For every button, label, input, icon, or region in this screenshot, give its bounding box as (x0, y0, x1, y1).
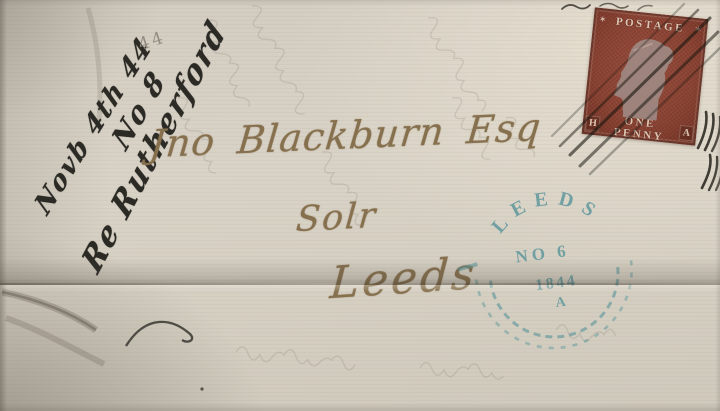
address-occupation: Solr (294, 196, 378, 240)
fold-shadow (0, 258, 720, 283)
letter-cover-photo: Novb 4th 44 Re Rutherford No 8 44 Jno Bl… (0, 0, 720, 411)
ink-dot (200, 387, 203, 390)
postmark-index-letter: A (555, 295, 568, 311)
fold-highlight (0, 285, 720, 292)
ink-flourish-below-fold (126, 322, 192, 346)
cancellation-marks (552, 0, 720, 200)
